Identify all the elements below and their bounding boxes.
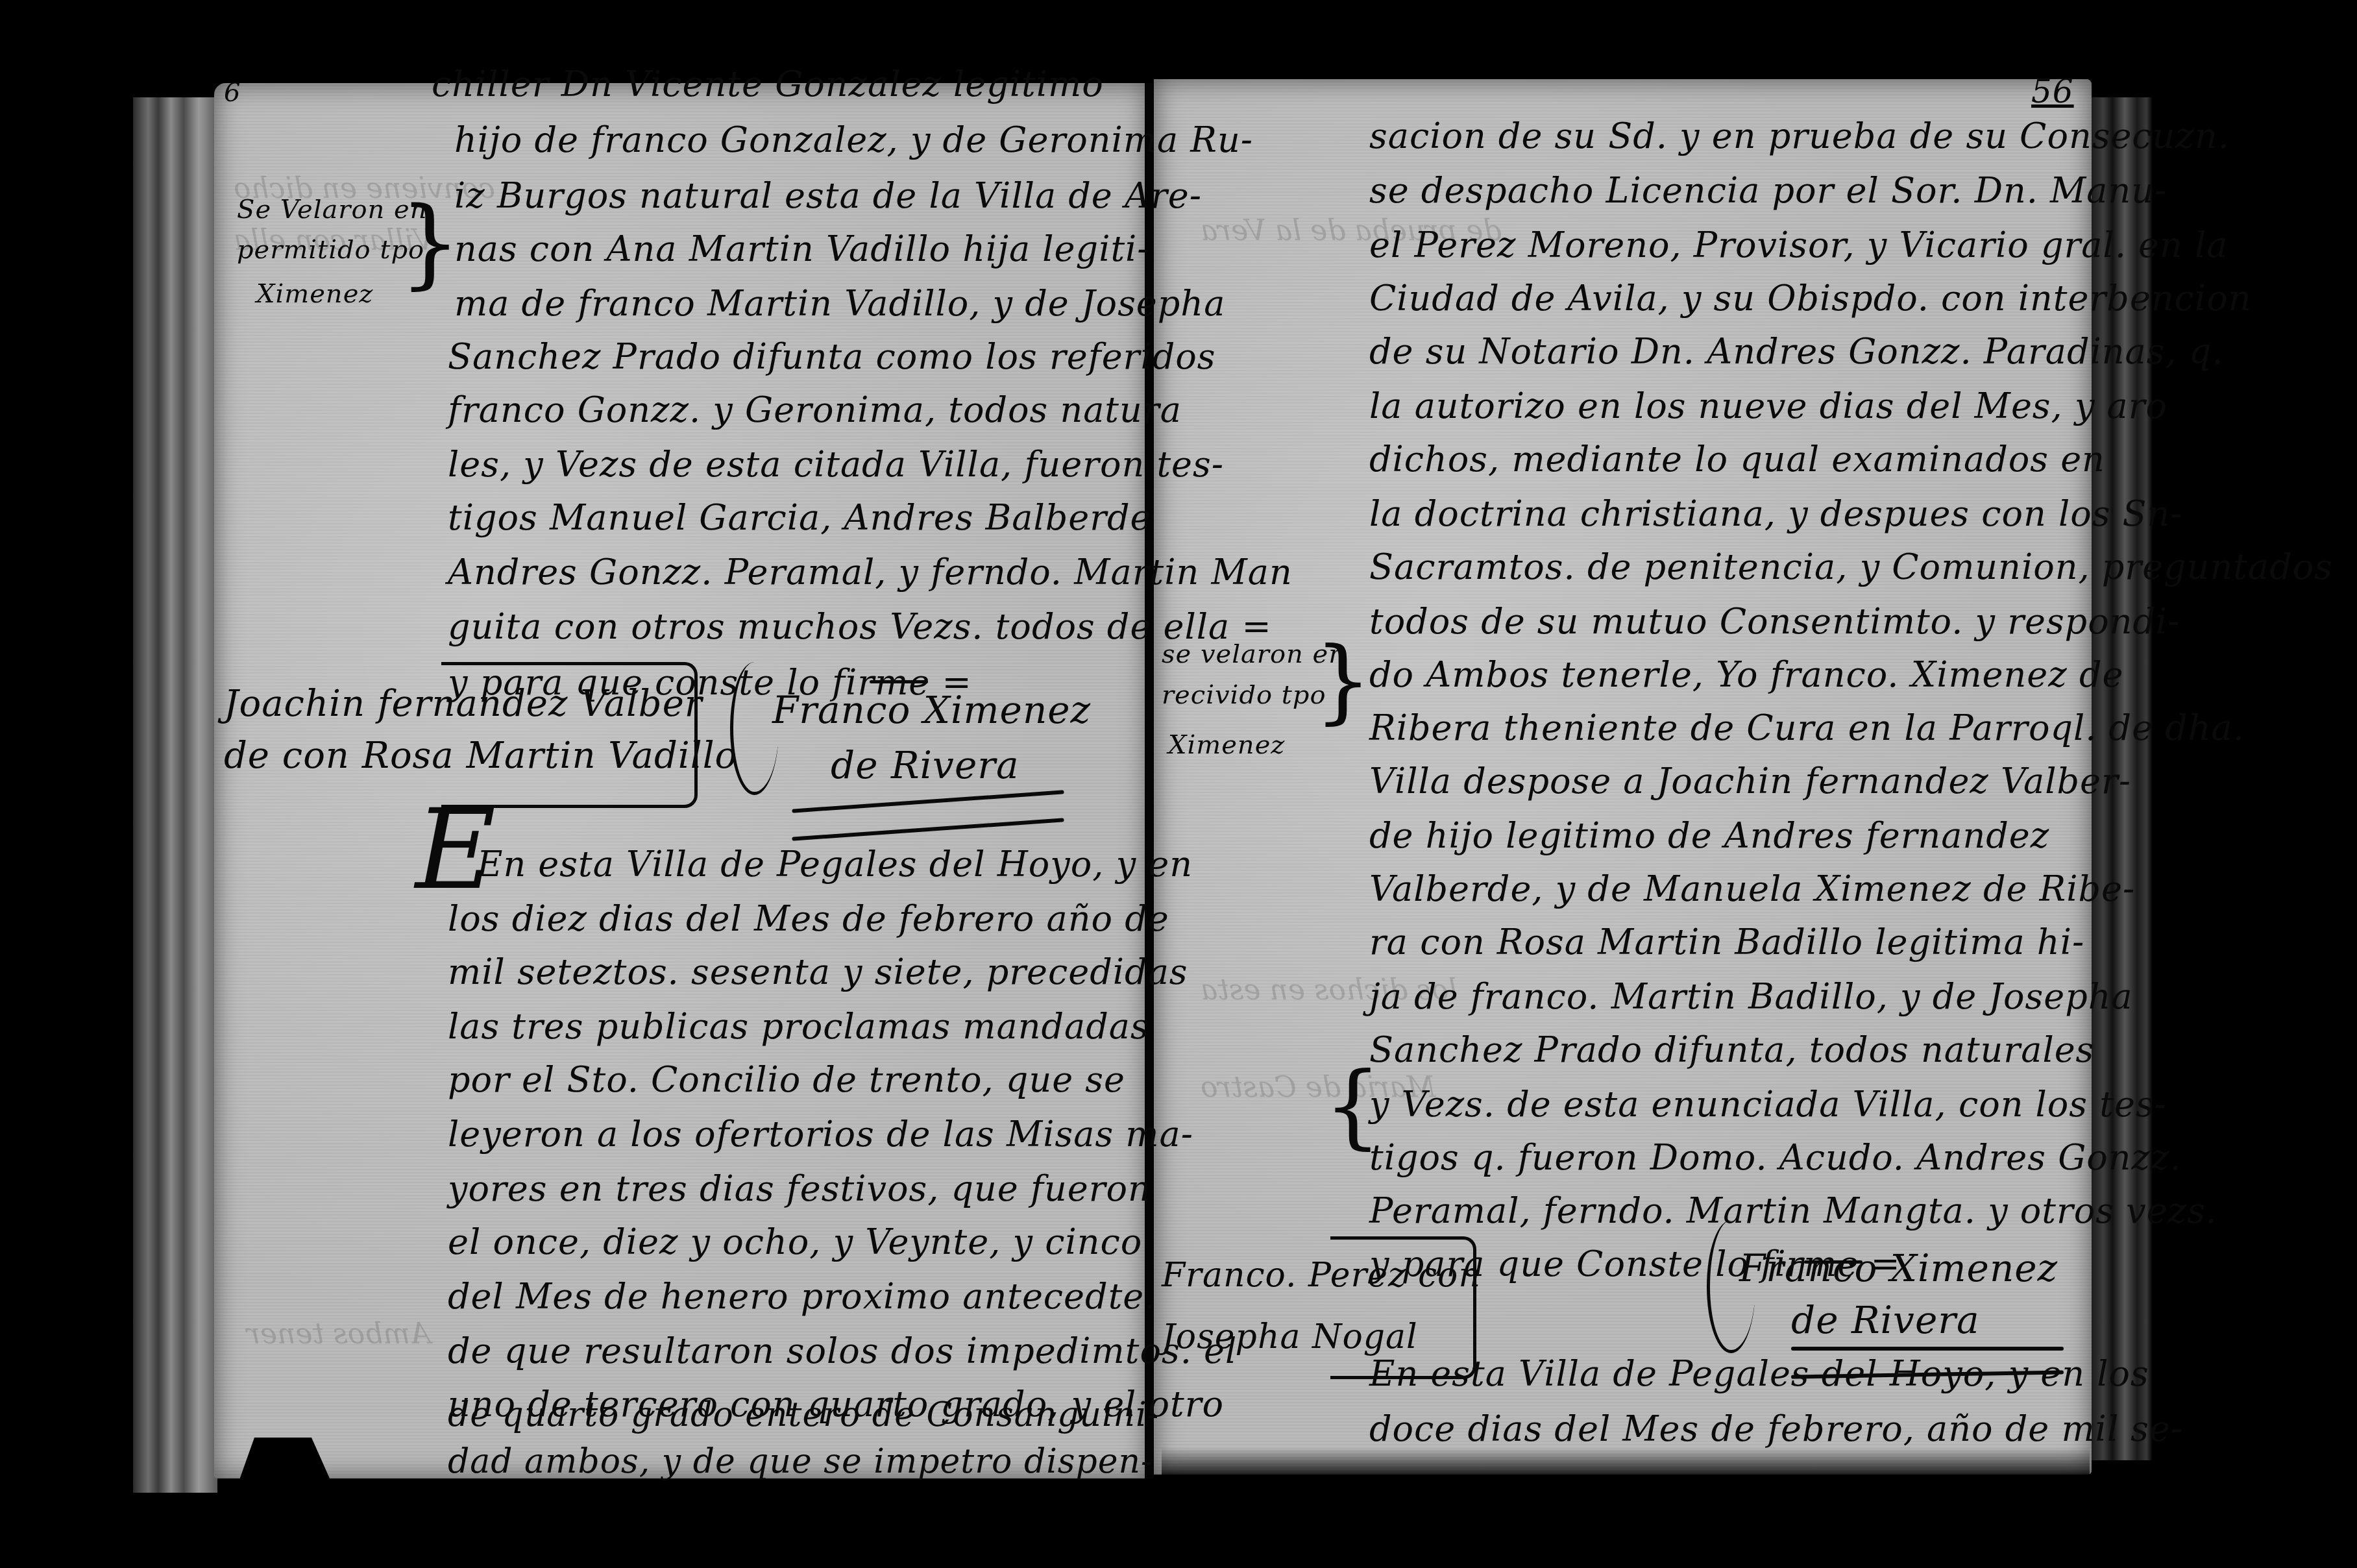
text-line: Valberde, y de Manuela Ximenez de Ribe-: [1369, 868, 2135, 909]
margin-brace-icon: }: [1314, 636, 1372, 727]
text-line: do Ambos tenerle, Yo franco. Ximenez de: [1369, 654, 2123, 695]
text-line: Villa despose a Joachin fernandez Valber…: [1369, 761, 2131, 802]
text-line: se despacho Licencia por el Sor. Dn. Man…: [1369, 170, 2167, 211]
text-line: del Mes de henero proximo antecedte.: [448, 1276, 1156, 1317]
text-line: de quarto grado entero de Consanguini-: [448, 1395, 1159, 1434]
text-line: les, y Vezs de esta citada Villa, fueron…: [448, 444, 1224, 485]
text-line: el once, diez y ocho, y Veynte, y cinco: [448, 1221, 1142, 1262]
text-line: Andres Gonzz. Peramal, y ferndo. Martin …: [448, 552, 1293, 593]
text-line: dad ambos, y de que se impetro dispen-: [448, 1442, 1153, 1481]
margin-brace-icon: {: [1324, 1061, 1382, 1152]
text-line: de hijo legitimo de Andres fernandez: [1369, 815, 2049, 856]
margin-note-line: permitido tpo: [237, 235, 424, 265]
document-scan: conviene en dicho Villar con ella de pru…: [0, 0, 2357, 1568]
text-line: Peramal, ferndo. Martin Mangta. y otros …: [1369, 1190, 2217, 1231]
left-page-stack-edge: [133, 97, 217, 1493]
text-line: ja de franco. Martin Badillo, y de Josep…: [1369, 976, 2133, 1017]
text-line: yores en tres dias festivos, que fueron: [448, 1168, 1151, 1209]
text-line: ra con Rosa Martin Badillo legitima hi-: [1369, 922, 2084, 962]
left-folio-mark: 6: [224, 78, 241, 108]
text-line: el Perez Moreno, Provisor, y Vicario gra…: [1369, 225, 2228, 265]
signature-surname: de Rivera: [1791, 1298, 1980, 1342]
text-line: nas con Ana Martin Vadillo hija legiti-: [454, 228, 1150, 269]
text-line: por el Sto. Concilio de trento, que se: [448, 1059, 1125, 1100]
text-line: iz Burgos natural esta de la Villa de Ar…: [454, 175, 1202, 216]
signature-name: Franco Ximenez: [1739, 1246, 2058, 1290]
text-line: Ribera theniente de Cura en la Parroql. …: [1369, 707, 2245, 748]
closing-rule: [870, 680, 928, 683]
text-line: En esta Villa de Pegales del Hoyo, y en: [477, 844, 1193, 885]
text-line: ma de franco Martin Vadillo, y de Joseph…: [454, 283, 1225, 324]
text-line: guita con otros muchos Vezs. todos de el…: [448, 606, 1272, 647]
text-line: dichos, mediante lo qual examinados en: [1369, 439, 2105, 480]
text-line: las tres publicas proclamas mandadas: [448, 1006, 1149, 1047]
margin-note-line: recivido tpo: [1162, 680, 1326, 710]
text-line: de su Notario Dn. Andres Gonzz. Paradina…: [1369, 331, 2224, 372]
page-bottom-stain: [1162, 1447, 2090, 1480]
signature-flourish-icon: [1707, 1220, 1755, 1353]
text-line: la autorizo en los nueve dias del Mes, y…: [1369, 386, 2168, 426]
bleed-through-text: Ambos tener: [247, 1317, 431, 1351]
text-line: hijo de franco Gonzalez, y de Geronima R…: [454, 119, 1253, 160]
margin-note-signature: Ximenez: [1168, 730, 1285, 760]
text-line: sacion de su Sd. y en prueba de su Conse…: [1369, 116, 2230, 156]
signature-rubric: [1791, 1347, 2064, 1351]
text-line: franco Gonzz. y Geronima, todos natura: [448, 389, 1182, 430]
text-line: los diez dias del Mes de febrero año de: [448, 898, 1169, 939]
margin-note-signature: Ximenez: [256, 279, 373, 309]
signature-flourish-icon: [730, 662, 779, 795]
text-line: chiller Dn Vicente Gonzalez legitimo: [432, 64, 1104, 104]
text-line: y Vezs. de esta enunciada Villa, con los…: [1369, 1084, 2167, 1125]
text-line: leyeron a los ofertorios de las Misas ma…: [448, 1114, 1193, 1155]
folio-number: 56: [2031, 73, 2074, 110]
text-line: Sacramtos. de penitencia, y Comunion, pr…: [1369, 546, 2333, 587]
text-line: tigos Manuel Garcia, Andres Balberde: [448, 497, 1152, 538]
text-line: la doctrina christiana, y despues con lo…: [1369, 493, 2183, 534]
text-line: En esta Villa de Pegales del Hoyo, y en …: [1369, 1353, 2149, 1394]
text-line: Sanchez Prado difunta como los referidos: [448, 336, 1215, 377]
text-line: Sanchez Prado difunta, todos naturales: [1369, 1029, 2094, 1070]
text-line: todos de su mutuo Consentimto. y respond…: [1369, 601, 2180, 642]
margin-brace-icon: }: [399, 195, 461, 292]
text-line: tigos q. fueron Domo. Acudo. Andres Gonz…: [1369, 1137, 2182, 1178]
text-line: de que resultaron solos dos impedimtos. …: [448, 1330, 1237, 1371]
text-line: doce dias del Mes de febrero, año de mil…: [1369, 1408, 2183, 1449]
signature-surname: de Rivera: [831, 743, 1020, 787]
text-line: Ciudad de Avila, y su Obispdo. con inter…: [1369, 278, 2251, 319]
signature-name: Franco Ximenez: [772, 688, 1091, 732]
text-line: mil seteztos. sesenta y siete, precedida…: [448, 951, 1188, 992]
